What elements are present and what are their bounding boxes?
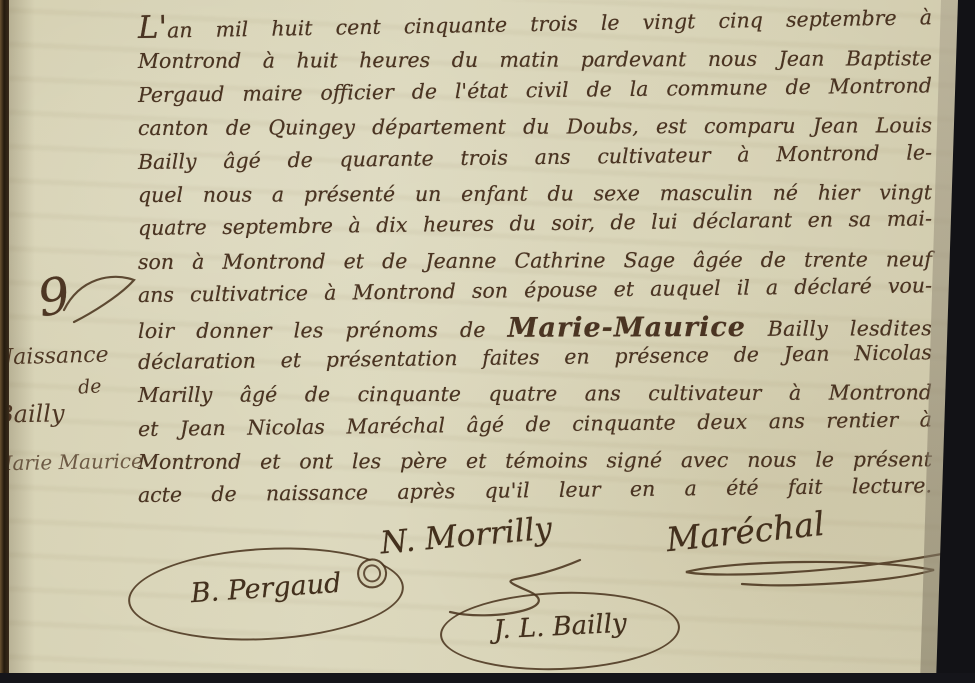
act-text-block: L'an mil huit cent cinquante trois le vi… xyxy=(138,12,932,513)
signature-marechal-flourish xyxy=(672,548,952,608)
act-number-flourish xyxy=(60,270,140,330)
signature-morrilly: N. Morrilly xyxy=(379,511,554,562)
binding-edge xyxy=(0,0,9,683)
signature-bailly-text: J. L. Bailly xyxy=(493,609,627,646)
act-line-prefix: loir donner les prénoms de xyxy=(138,317,508,342)
signature-pergaud-text: B. Pergaud xyxy=(189,567,342,608)
margin-label-de: de xyxy=(77,375,102,399)
margin-label-surname: Bailly xyxy=(0,399,65,428)
act-line: L'an mil huit cent cinquante trois le vi… xyxy=(138,0,932,45)
scan-black-edge-bottom xyxy=(0,673,975,683)
scanned-register-page: 9 Naissance de Bailly Marie Maurice L'an… xyxy=(0,0,975,683)
signature-pergaud: B. Pergaud xyxy=(126,541,406,647)
margin-label-naissance: Naissance xyxy=(0,343,109,371)
margin-column: 9 Naissance de Bailly Marie Maurice xyxy=(0,0,136,683)
margin-label-firstnames: Marie Maurice xyxy=(0,449,143,476)
